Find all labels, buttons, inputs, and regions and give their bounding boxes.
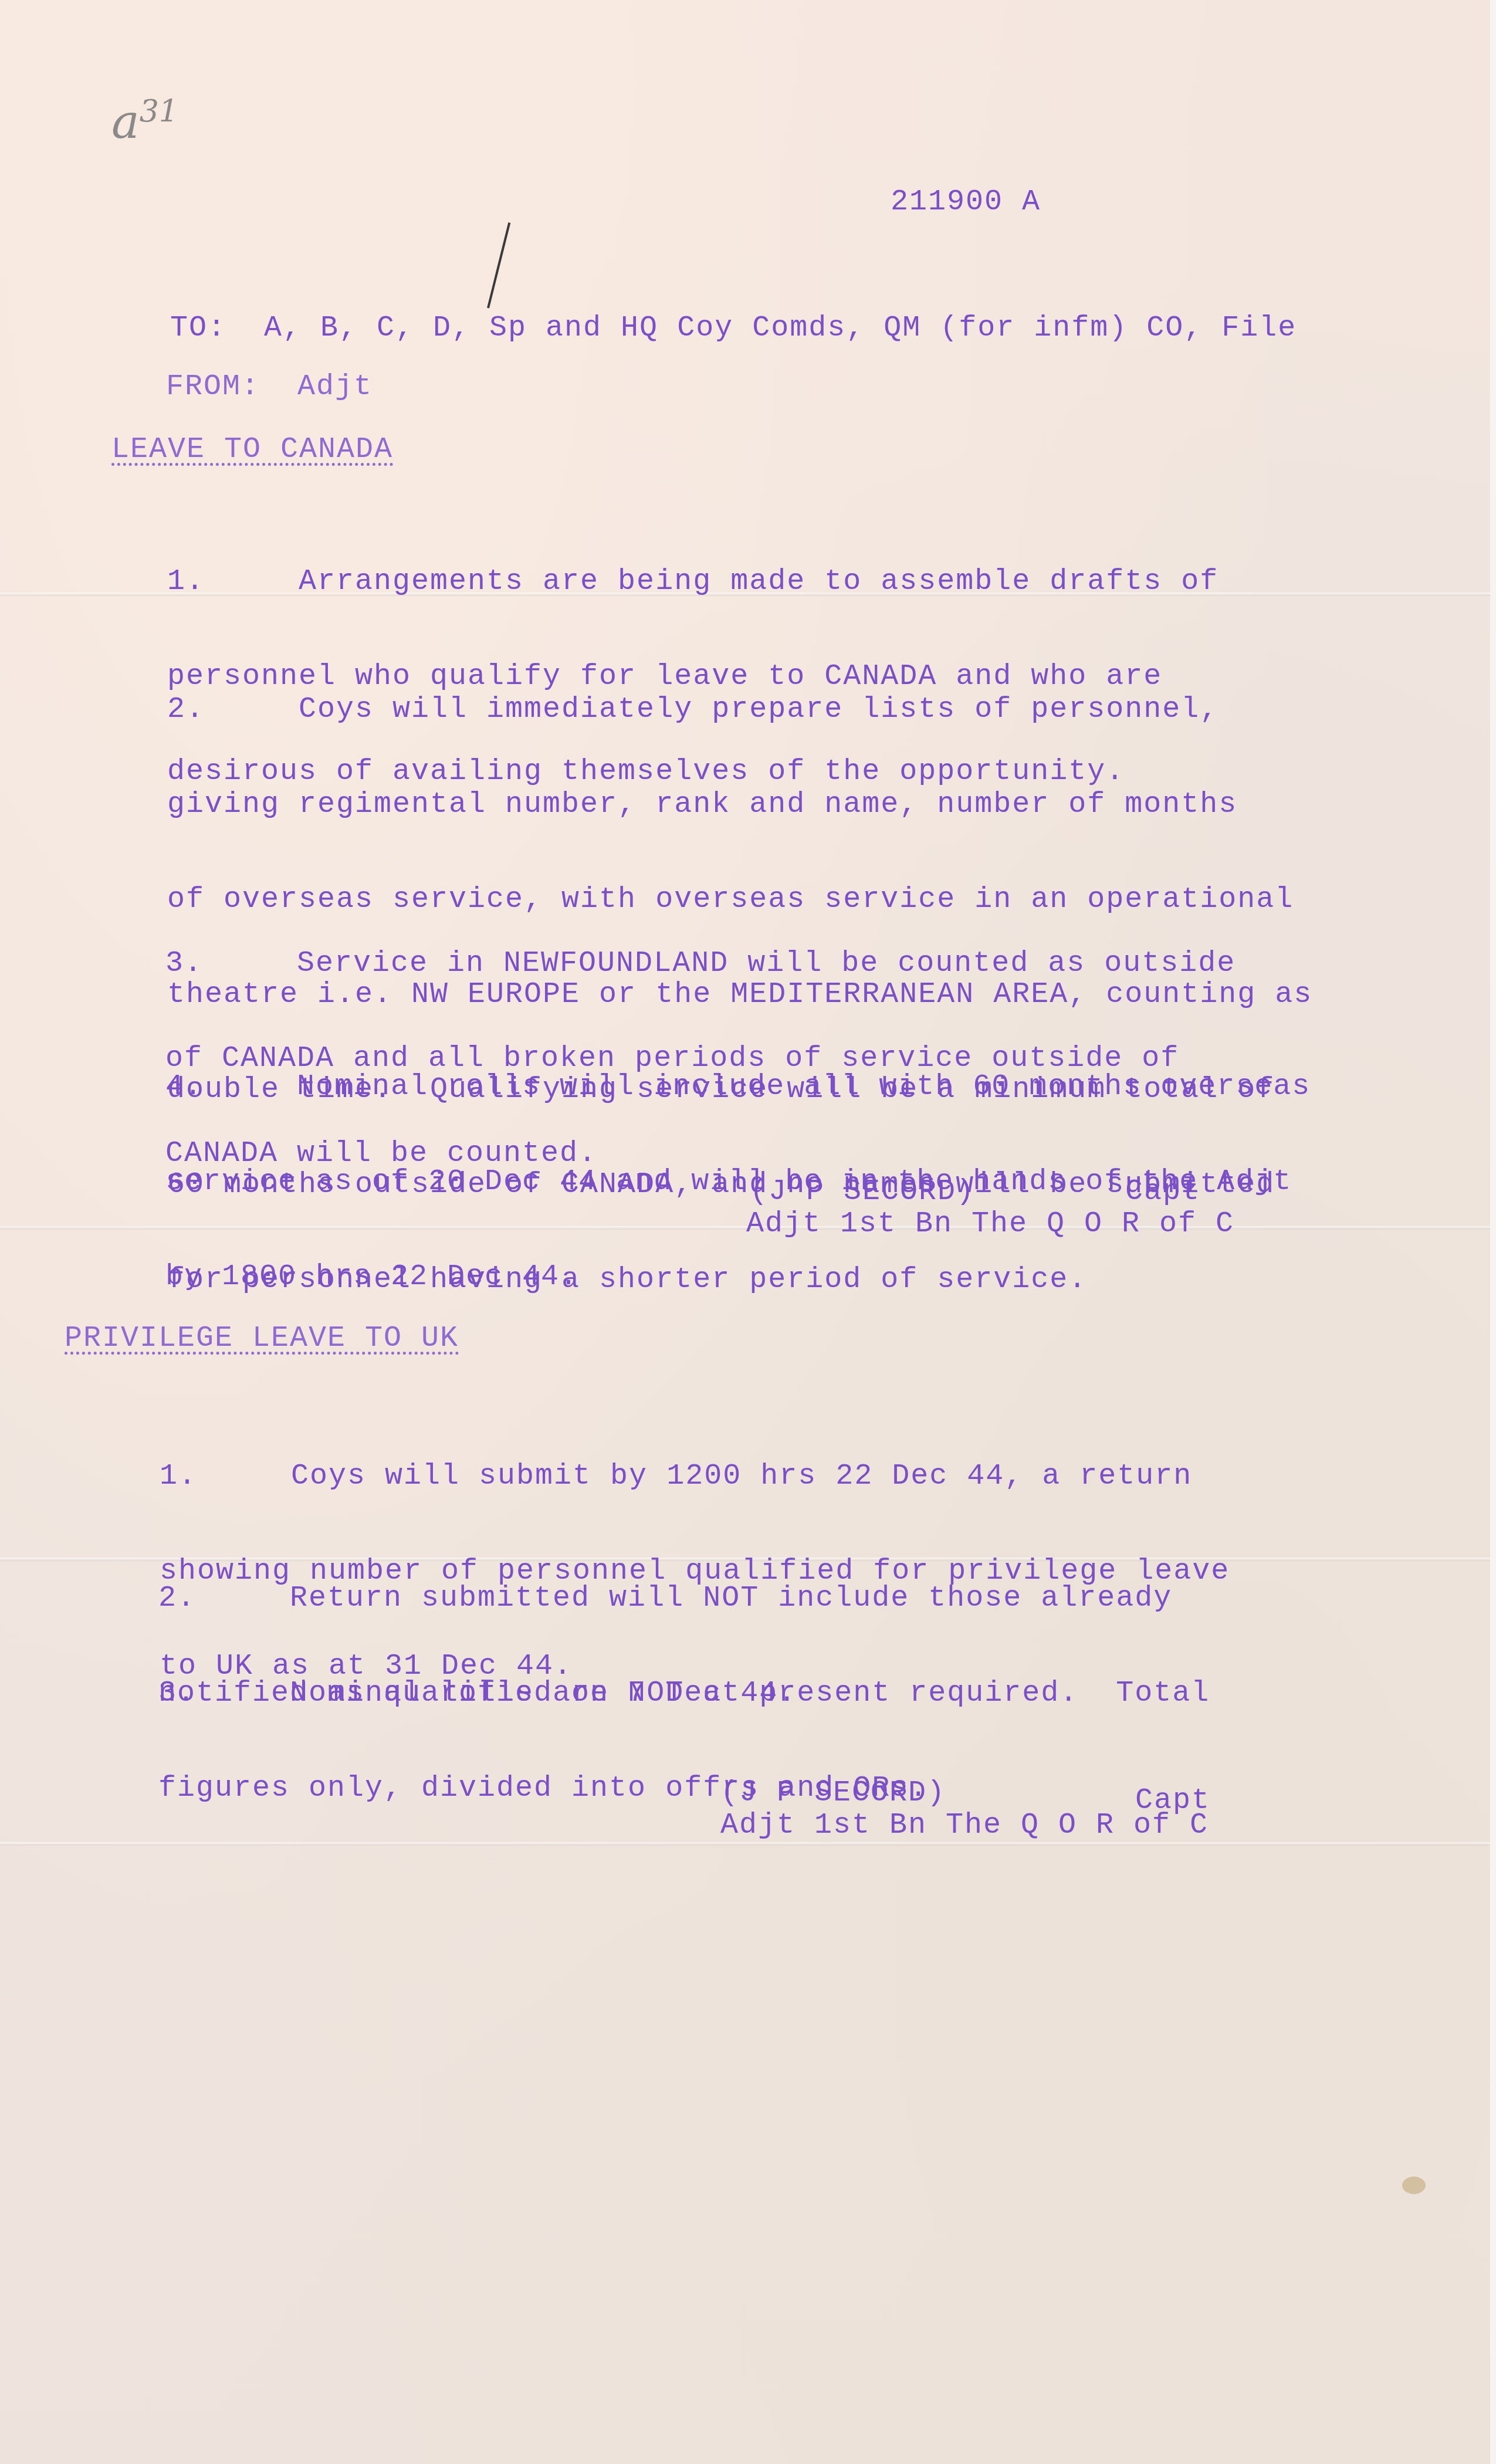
paragraph-line: 1. Coys will submit by 1200 hrs 22 Dec 4… [160, 1461, 1230, 1492]
section-heading-privilege-leave-uk: PRIVILEGE LEAVE TO UK [65, 1323, 459, 1355]
section-heading-leave-to-canada: LEAVE TO CANADA [111, 434, 393, 466]
signature-title: Adjt 1st Bn The Q O R of C [746, 1209, 1234, 1240]
paragraph-4: 4. Nominal rolls will include all with 6… [165, 1008, 1311, 1325]
signature-rank: Capt [1125, 1176, 1200, 1208]
paragraph-3: 3. Nominal rolls are NOT at present requ… [158, 1615, 1210, 1836]
paper-stain [1402, 2177, 1426, 2194]
from-line: FROM: Adjt [166, 371, 373, 403]
handwritten-ref-sup: 31 [140, 94, 178, 129]
paragraph-line: by 1800 hrs 22 Dec 44. [165, 1261, 1311, 1293]
paragraph-line: 2. Return submitted will NOT include tho… [158, 1583, 1172, 1615]
paragraph-line: giving regimental number, rank and name,… [167, 789, 1312, 821]
paragraph-line: 3. Nominal rolls are NOT at present requ… [158, 1678, 1210, 1710]
to-line: TO: A, B, C, D, Sp and HQ Coy Comds, QM … [170, 313, 1297, 344]
paragraph-line: 1. Arrangements are being made to assemb… [167, 566, 1219, 598]
paper-fold [0, 1842, 1496, 1846]
handwritten-ref-main: a [111, 94, 140, 149]
scan-edge [1490, 0, 1496, 2464]
message-reference: 211900 A [891, 187, 1041, 218]
paragraph-line: 3. Service in NEWFOUNDLAND will be count… [165, 948, 1236, 980]
signature-name: (J P SECORD) [720, 1778, 946, 1809]
handwritten-reference: a31 [111, 94, 178, 149]
paragraph-line: 2. Coys will immediately prepare lists o… [167, 694, 1312, 726]
paragraph-line: figures only, divided into offrs and ORs… [158, 1773, 1210, 1805]
signature-name: (J P SECORD) [750, 1176, 975, 1208]
signature-title: Adjt 1st Bn The Q O R of C [720, 1810, 1209, 1842]
paragraph-line: 4. Nominal rolls will include all with 6… [165, 1071, 1311, 1103]
